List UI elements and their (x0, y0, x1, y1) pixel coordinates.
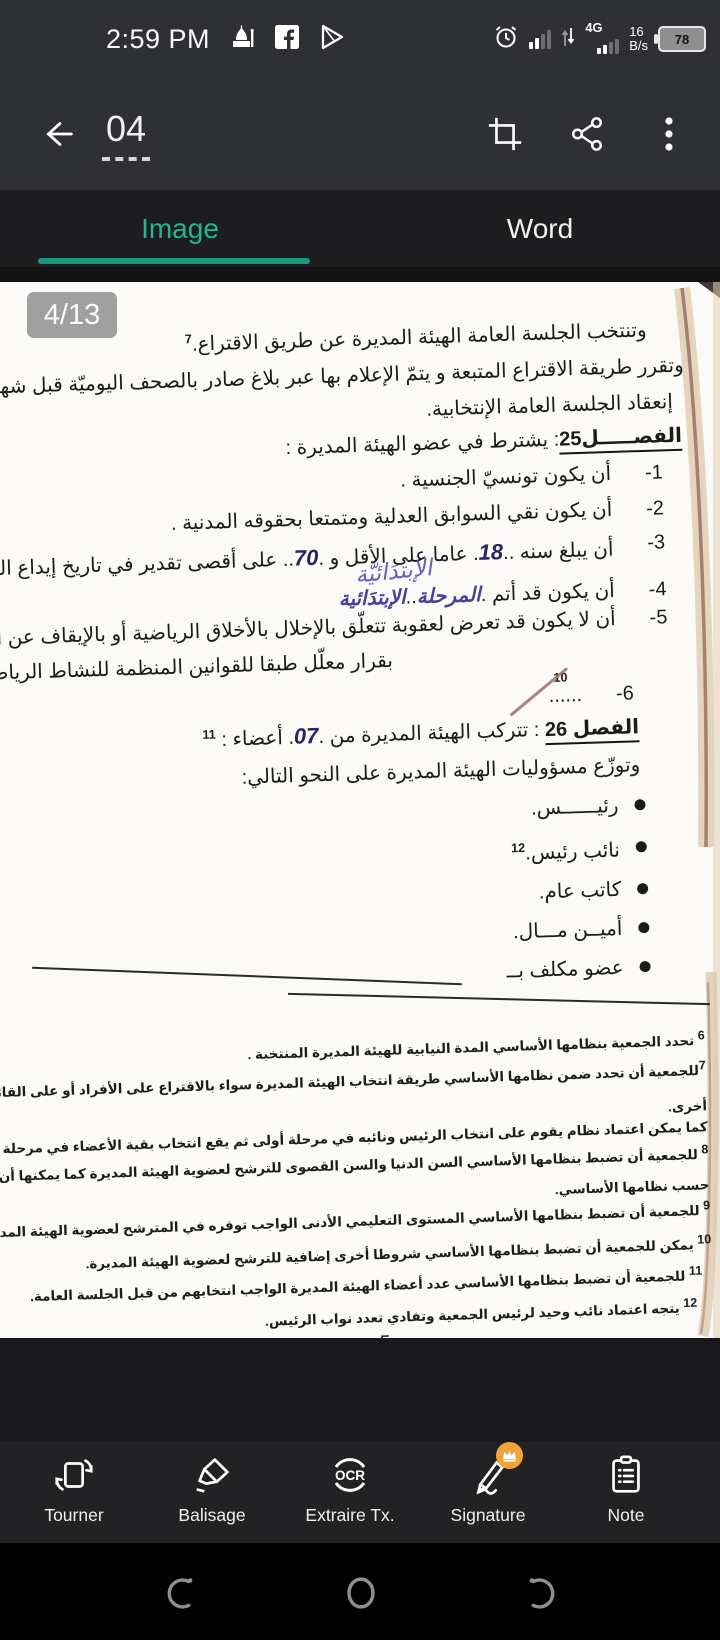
bullet-item: نائب رئيس.12 (21, 828, 700, 883)
battery-indicator: 78 (658, 26, 706, 52)
handwritten-fill: المرحلة (416, 584, 481, 608)
nav-home-button[interactable] (337, 1569, 385, 1617)
footnote-ref: 11 (202, 728, 216, 742)
handwritten-age-min: 18 (478, 539, 503, 565)
page-indicator-badge: 4/13 (27, 292, 117, 338)
note-button[interactable]: Note (557, 1442, 695, 1543)
network-speed: 16 B/s (629, 25, 648, 53)
facebook-icon (274, 24, 300, 55)
document-background (0, 1338, 720, 1442)
network-type-label: 4G (585, 20, 602, 35)
handwritten-age-max: 70 (293, 545, 318, 571)
bullet-item: عضو مكلف بــ (24, 951, 703, 1000)
premium-crown-badge (496, 1442, 523, 1469)
bottom-toolbar: Tourner Balisage OCR Extraire Tx. Signat… (0, 1442, 720, 1543)
android-navigation-bar (0, 1543, 720, 1640)
chapter-25-title: الفصـــــل25 (559, 424, 683, 454)
signal-bars-sim1 (529, 29, 551, 49)
handwritten-fill: الإبتدَائية (338, 587, 406, 611)
markup-button[interactable]: Balisage (143, 1442, 281, 1543)
view-tabs: Image Word (0, 190, 720, 267)
scanned-document-page[interactable]: 4/13 وتنتخب الجلسة العامة الهيئة المديرة… (0, 282, 720, 1338)
signature-pen-icon (463, 1450, 513, 1500)
crop-button[interactable] (482, 111, 528, 157)
bullet-dot (639, 961, 650, 972)
active-tab-underline (38, 258, 310, 264)
status-bar: 2:59 PM 4G 16 B/s 78 (0, 0, 720, 78)
divider (0, 267, 720, 282)
toolbar-label: Note (608, 1505, 645, 1526)
tab-word[interactable]: Word (360, 190, 720, 267)
bullet-dot (636, 841, 647, 852)
app-header: 04 (0, 78, 720, 190)
battery-percent: 78 (675, 32, 689, 47)
svg-text:OCR: OCR (335, 1468, 365, 1483)
ocr-button[interactable]: OCR Extraire Tx. (281, 1442, 419, 1543)
back-button[interactable] (36, 112, 80, 156)
marker-icon (187, 1450, 237, 1500)
toolbar-label: Balisage (178, 1505, 245, 1526)
toolbar-label: Signature (451, 1505, 526, 1526)
nav-recents-button[interactable] (516, 1569, 564, 1617)
data-updown-arrows (561, 26, 575, 53)
toolbar-label: Extraire Tx. (305, 1505, 394, 1526)
more-options-button[interactable] (646, 111, 692, 157)
ocr-icon: OCR (325, 1450, 375, 1500)
rotate-icon (49, 1450, 99, 1500)
nav-back-button[interactable] (158, 1569, 206, 1617)
rotate-button[interactable]: Tourner (5, 1442, 143, 1543)
note-icon (601, 1450, 651, 1500)
play-store-icon (318, 23, 346, 56)
signature-button[interactable]: Signature (419, 1442, 557, 1543)
tab-image[interactable]: Image (0, 190, 360, 267)
network-speed-value: 16 (629, 25, 648, 39)
clock-time: 2:59 PM (106, 24, 210, 55)
bullet-dot (634, 800, 645, 811)
network-type-indicator: 4G (585, 22, 619, 56)
bullet-dot (637, 883, 648, 894)
document-title[interactable]: 04 (102, 108, 150, 161)
share-button[interactable] (564, 111, 610, 157)
document-text: وتنتخب الجلسة العامة الهيئة المديرة عن ط… (0, 282, 720, 1338)
mosque-app-icon (230, 24, 256, 55)
handwritten-member-count: 07 (294, 723, 319, 749)
footnote-ref: 12 (511, 841, 525, 855)
chapter-26-title: الفصل 26 (545, 716, 640, 745)
toolbar-label: Tourner (44, 1505, 103, 1526)
bullet-dot (638, 922, 649, 933)
network-speed-unit: B/s (629, 39, 648, 53)
footnotes-block: 6 تحدد الجمعية بنظامها الأساسي المدة الن… (27, 1025, 714, 1338)
alarm-icon (493, 24, 519, 55)
